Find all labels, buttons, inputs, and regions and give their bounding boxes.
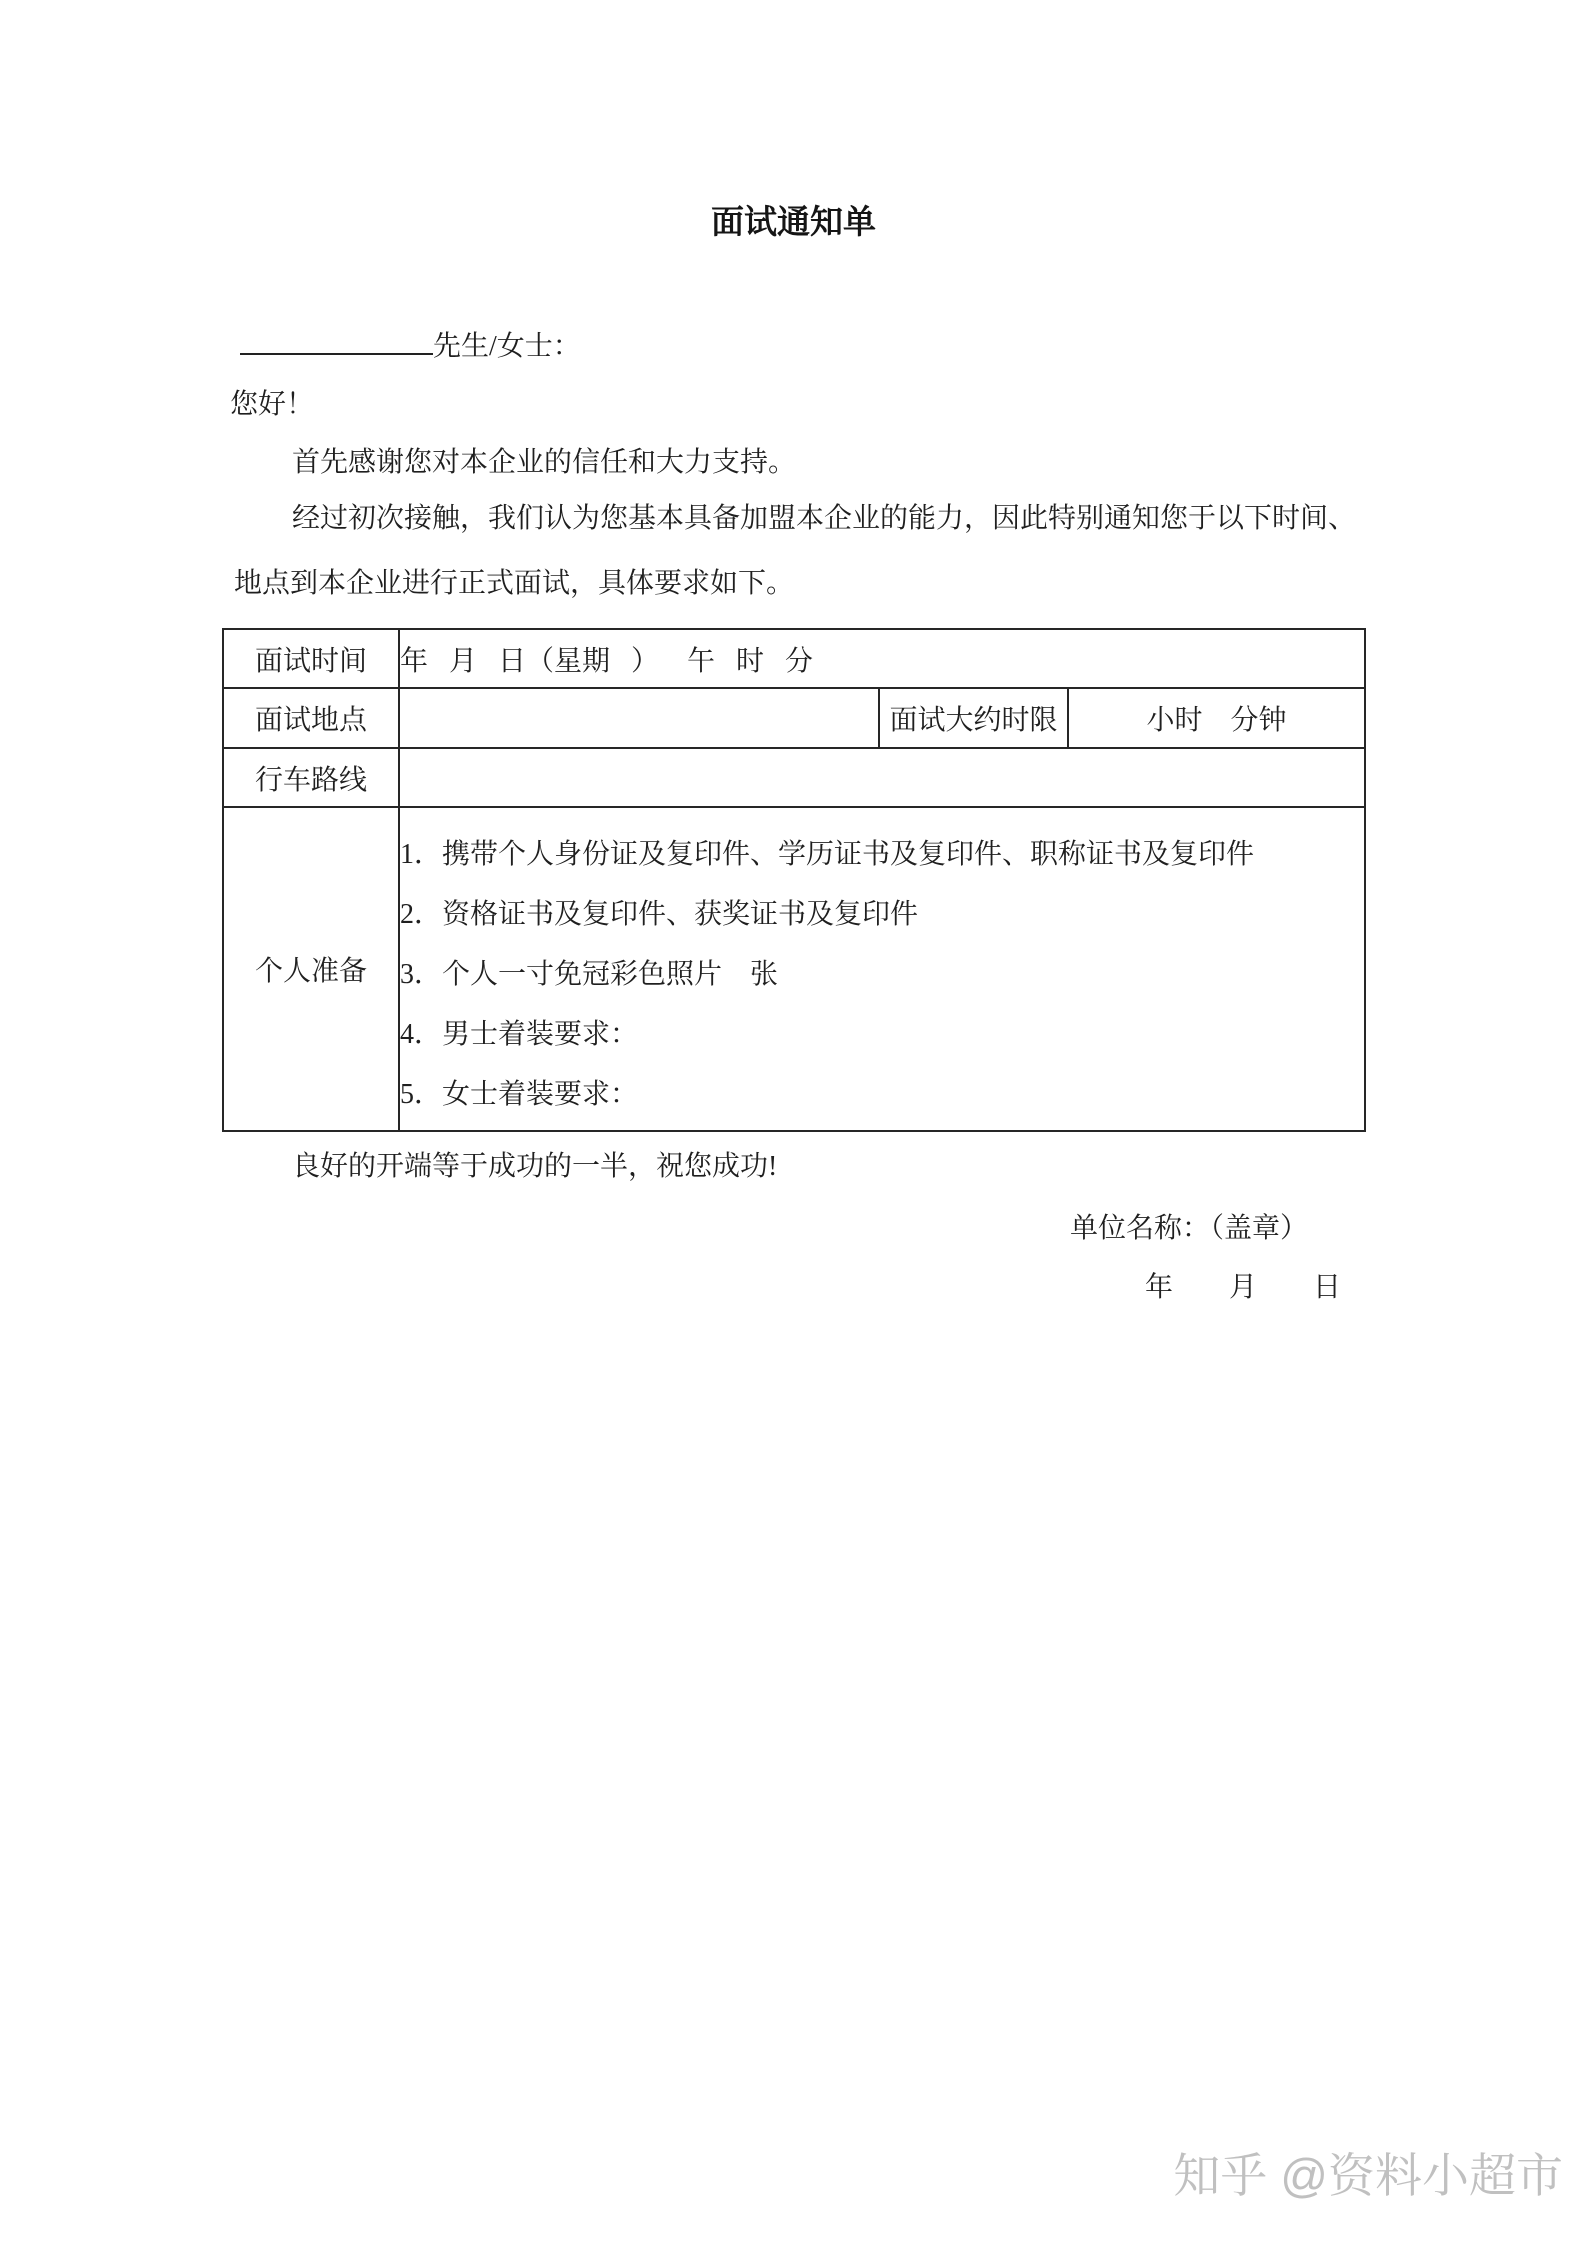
document-title: 面试通知单 — [0, 198, 1587, 248]
preparation-item-5: 5．女士着装要求： — [400, 1065, 1364, 1125]
closing-line: 良好的开端等于成功的一半，祝您成功! — [292, 1142, 777, 1192]
salutation-line: 先生/女士： — [240, 322, 581, 372]
salutation-suffix: 先生/女士： — [433, 331, 581, 362]
table-row-time: 面试时间 年 月 日（星期 ） 午 时 分 — [223, 629, 1365, 688]
table-row-route: 行车路线 — [223, 748, 1365, 807]
signature-date-line: 年 月 日 — [1145, 1263, 1341, 1313]
zhihu-watermark: 知乎 @资料小超市 — [1173, 2150, 1563, 2202]
preparation-label: 个人准备 — [223, 807, 399, 1131]
route-value-blank — [399, 748, 1365, 807]
time-label: 面试时间 — [223, 629, 399, 688]
preparation-list: 1．携带个人身份证及复印件、学历证书及复印件、职称证书及复印件 2．资格证书及复… — [400, 808, 1364, 1125]
preparation-item-1: 1．携带个人身份证及复印件、学历证书及复印件、职称证书及复印件 — [400, 825, 1364, 885]
document-page: 面试通知单 先生/女士： 您好！ 首先感谢您对本企业的信任和大力支持。 经过初次… — [0, 0, 1587, 2245]
paragraph-notice-line2: 地点到本企业进行正式面试，具体要求如下。 — [234, 551, 794, 616]
table-row-preparation: 个人准备 1．携带个人身份证及复印件、学历证书及复印件、职称证书及复印件 2．资… — [223, 807, 1365, 1131]
preparation-items-cell: 1．携带个人身份证及复印件、学历证书及复印件、职称证书及复印件 2．资格证书及复… — [399, 807, 1365, 1131]
duration-label: 面试大约时限 — [879, 688, 1068, 748]
place-value-blank — [399, 688, 879, 748]
route-label: 行车路线 — [223, 748, 399, 807]
name-blank-underline — [240, 325, 433, 355]
interview-details-table: 面试时间 年 月 日（星期 ） 午 时 分 面试地点 面试大约时限 小时 分钟 … — [222, 628, 1366, 1132]
table-row-place: 面试地点 面试大约时限 小时 分钟 — [223, 688, 1365, 748]
greeting-line: 您好！ — [230, 380, 314, 430]
time-value: 年 月 日（星期 ） 午 时 分 — [399, 629, 1365, 688]
paragraph-thanks: 首先感谢您对本企业的信任和大力支持。 — [292, 438, 796, 488]
preparation-item-3: 3．个人一寸免冠彩色照片 张 — [400, 945, 1364, 1005]
preparation-item-2: 2．资格证书及复印件、获奖证书及复印件 — [400, 885, 1364, 945]
signature-org-line: 单位名称：（盖章） — [1070, 1204, 1308, 1254]
place-label: 面试地点 — [223, 688, 399, 748]
paragraph-notice-line1: 经过初次接触，我们认为您基本具备加盟本企业的能力，因此特别通知您于以下时间、 — [292, 486, 1356, 551]
preparation-item-4: 4．男士着装要求： — [400, 1005, 1364, 1065]
duration-value: 小时 分钟 — [1068, 688, 1365, 748]
